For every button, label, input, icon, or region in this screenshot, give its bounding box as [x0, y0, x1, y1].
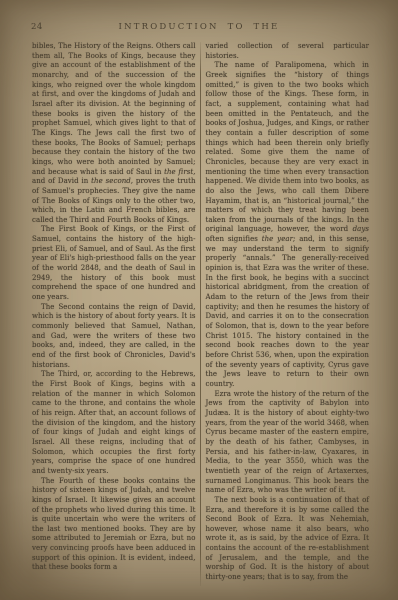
text-run: The Second contains the reign of David, …	[32, 303, 196, 369]
text-run: The First Book of Kings, or the First of…	[32, 225, 196, 301]
text-run: The next book is a continuation of that …	[206, 496, 370, 581]
italic-text-run: the year;	[262, 235, 296, 243]
text-run: bibles, The History of the Reigns. Other…	[32, 42, 196, 176]
italic-text-run: the second,	[91, 177, 133, 185]
text-run: and of David in	[32, 177, 91, 185]
italic-text-run: the first,	[164, 168, 195, 176]
italic-text-run: days	[353, 225, 369, 233]
text-run: The Third, or, according to the Hebrews,…	[32, 370, 196, 475]
left-column: bibles, The History of the Reigns. Other…	[32, 42, 200, 586]
text-run: varied collection of several particular …	[206, 42, 370, 60]
paragraph: The name of Paralipomena, which in Greek…	[206, 61, 370, 389]
running-title: INTRODUCTION TO THE	[0, 22, 398, 32]
right-column: varied collection of several particular …	[201, 42, 370, 586]
paragraph: Ezra wrote the history of the return of …	[206, 390, 370, 496]
text-run: The Fourth of these books contains the h…	[32, 477, 196, 572]
page-header: 24 INTRODUCTION TO THE	[0, 22, 398, 36]
paragraph: The Second contains the reign of David, …	[32, 303, 196, 371]
book-page: 24 INTRODUCTION TO THE bibles, The Histo…	[0, 0, 398, 600]
paragraph: bibles, The History of the Reigns. Other…	[32, 42, 196, 225]
paragraph: The First Book of Kings, or the First of…	[32, 225, 196, 302]
text-run: Ezra wrote the history of the return of …	[206, 390, 370, 495]
paragraph: The Fourth of these books contains the h…	[32, 477, 196, 574]
paragraph: The Third, or, according to the Hebrews,…	[32, 370, 196, 476]
page-number: 24	[31, 22, 43, 32]
text-run: often signifies	[206, 235, 262, 243]
text-columns: bibles, The History of the Reigns. Other…	[32, 42, 369, 586]
text-run: and, in this sense, we may understand th…	[206, 235, 370, 388]
paragraph: varied collection of several particular …	[206, 42, 370, 61]
paragraph: The next book is a continuation of that …	[206, 496, 370, 583]
text-run: The name of Paralipomena, which in Greek…	[206, 61, 370, 233]
